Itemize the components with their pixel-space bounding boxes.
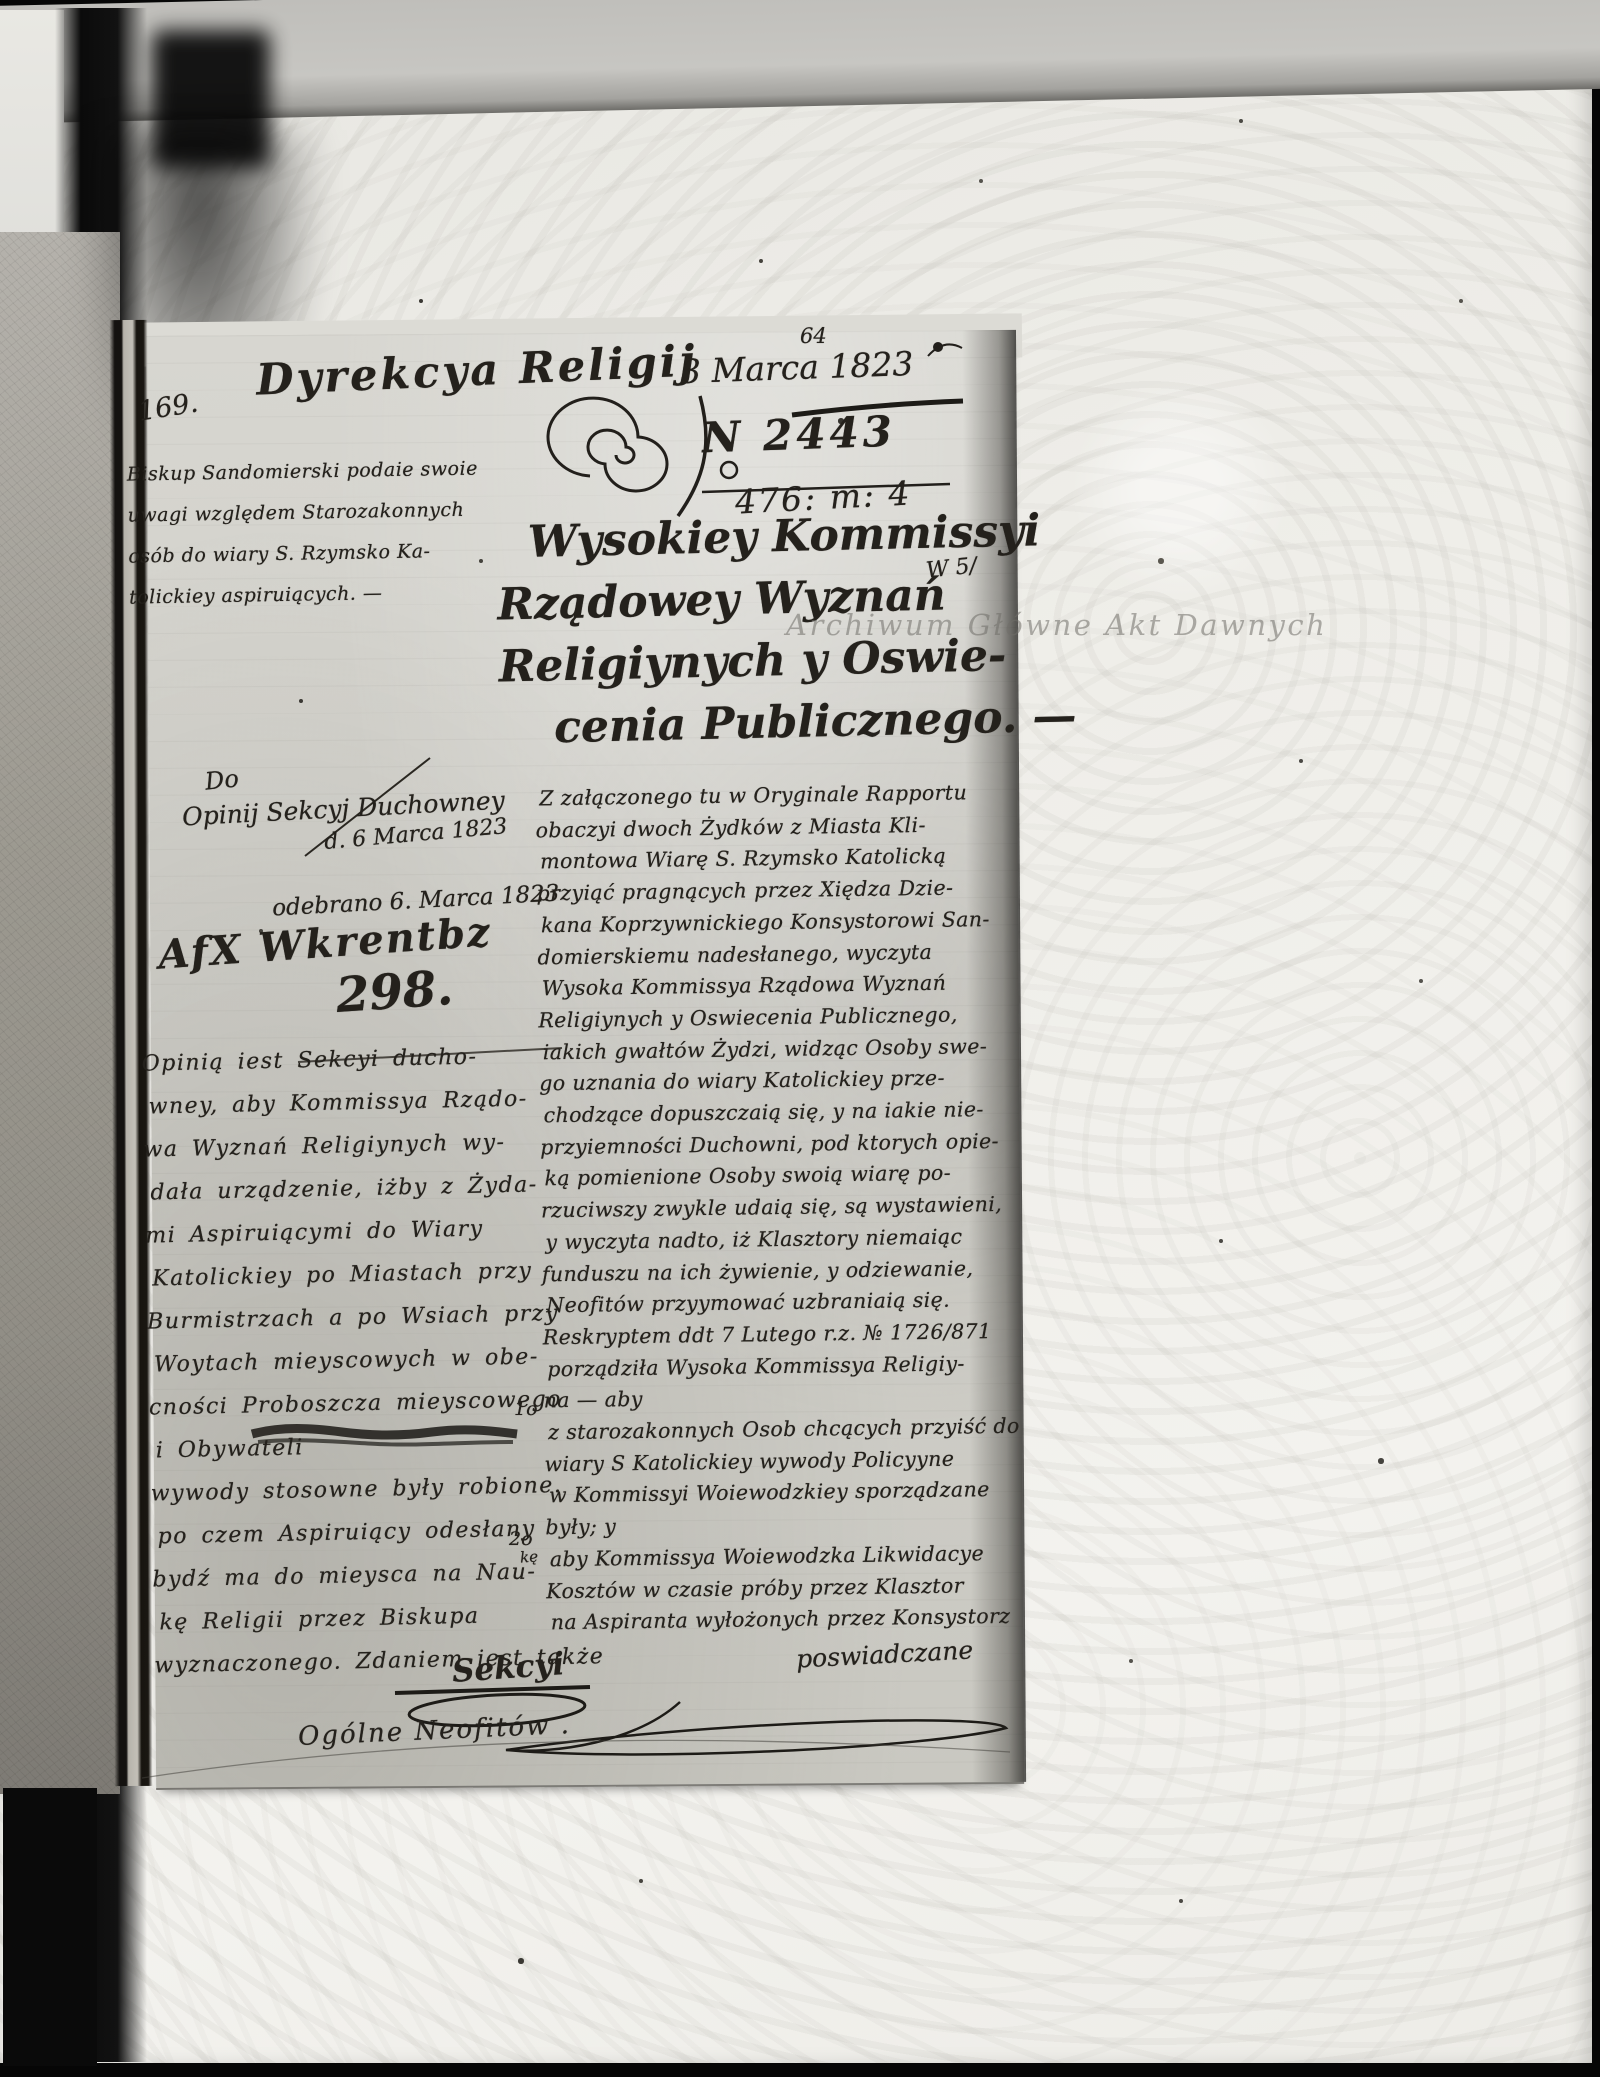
manuscript-line: Z załączonego tu w Oryginale Rapportu bbox=[539, 777, 1013, 815]
document-date: 3 Marca 1823 bbox=[679, 344, 914, 391]
referral-to-label: Do bbox=[204, 764, 240, 795]
report-column: Z załączonego tu w Oryginale Rapportuoba… bbox=[535, 777, 1025, 1640]
manuscript-line: cenia Publicznego. — bbox=[553, 685, 1077, 759]
date-superscript: 64 bbox=[800, 324, 827, 348]
signature-underline bbox=[395, 1687, 590, 1693]
side-annotation: W 5/ bbox=[925, 553, 978, 583]
registry-o-mark bbox=[721, 462, 737, 478]
margin-summary-block: Biskup Sandomierski podaie swoieuwagi wz… bbox=[127, 449, 430, 618]
archive-watermark: Archiwum Główne Akt Dawnych bbox=[786, 608, 1327, 642]
archival-photo: 169. Dyrekcya Religij 3 Marca 1823 64 N … bbox=[0, 0, 1600, 2077]
manuscript-line: uwagi względem Starozakonnych bbox=[127, 490, 428, 536]
manuscript-line: kana Koprzywnickiego Konsystorowi San- bbox=[541, 904, 1015, 942]
item-marker-1: 1o bbox=[514, 1398, 538, 1420]
inserted-superscript: kę bbox=[519, 1547, 538, 1566]
manuscript-line: dała urządzenie, iżby z Żyda- bbox=[150, 1162, 581, 1214]
manuscript-line: na Aspiranta wyłożonych przez Konsystorz bbox=[551, 1601, 1025, 1639]
manuscript-line: Wysokiey Kommissyi bbox=[527, 499, 1073, 573]
docket-number: 298. bbox=[334, 960, 455, 1024]
registry-number: N 2443 bbox=[701, 407, 897, 463]
opinion-column: Opinią iest Sekcyi ducho-wney, aby Kommi… bbox=[141, 1034, 590, 1688]
manuscript-line: Biskup Sandomierski podaie swoie bbox=[127, 449, 428, 495]
manuscript-line: tolickiey aspiruiących. — bbox=[129, 572, 430, 618]
registry-spiral-mark bbox=[548, 398, 667, 491]
manuscript-line: wney, aby Kommissya Rządo- bbox=[148, 1076, 579, 1128]
item-marker-2: 2o bbox=[509, 1528, 533, 1550]
manuscript-line: osób do wiary S. Rzymsko Ka- bbox=[128, 531, 429, 577]
